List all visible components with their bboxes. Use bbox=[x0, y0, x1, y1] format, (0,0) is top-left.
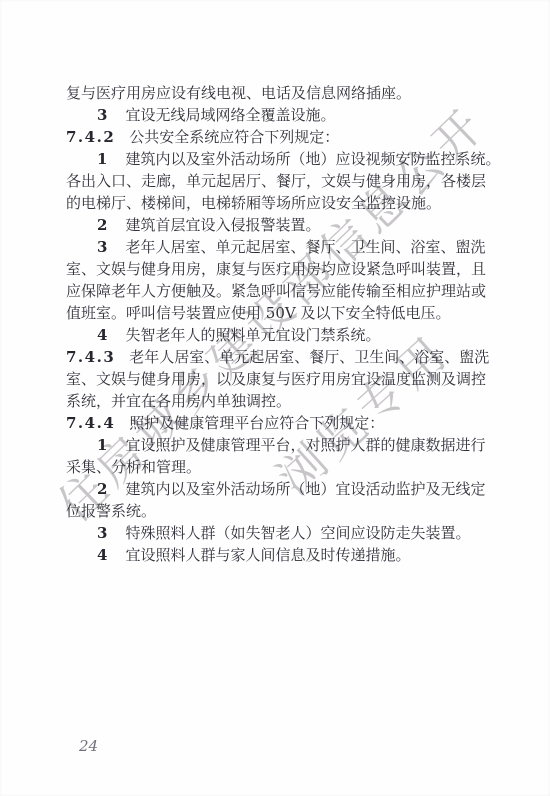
line-text: 室、文娱与健身用房，康复与医疗用房均应设紧急呼叫装置，且 bbox=[66, 260, 486, 278]
text-line: 复与医疗用房应设有线电视、电话及信息网络插座。 bbox=[66, 82, 496, 104]
line-text: 复与医疗用房应设有线电视、电话及信息网络插座。 bbox=[66, 84, 411, 102]
line-text: 的电梯厅、楼梯间，电梯轿厢等场所应设安全监控设施。 bbox=[66, 194, 441, 212]
item-line: 1宜设照护及健康管理平台，对照护人群的健康数据进行 bbox=[66, 434, 496, 456]
item-line: 4失智老年人的照料单元宜设门禁系统。 bbox=[66, 324, 496, 346]
text-line: 室、文娱与健身用房，康复与医疗用房均应设紧急呼叫装置，且 bbox=[66, 258, 496, 280]
item-line: 2建筑内以及室外活动场所（地）宜设活动监护及无线定 bbox=[66, 478, 496, 500]
clause-line: 7.4.2公共安全系统应符合下列规定： bbox=[66, 126, 496, 148]
document-page: 住房城乡建设部信息公开 浏览专用 复与医疗用房应设有线电视、电话及信息网络插座。… bbox=[0, 0, 550, 796]
clause-line: 7.4.3老年人居室、单元起居室、餐厅、卫生间、浴室、盥洗 bbox=[66, 346, 496, 368]
item-number: 4 bbox=[97, 324, 107, 346]
line-text: 应保障老年人方便触及。紧急呼叫信号应能传输至相应护理站或 bbox=[66, 282, 486, 300]
item-number: 3 bbox=[97, 236, 107, 258]
clause-number: 7.4.3 bbox=[66, 348, 115, 366]
line-text: 老年人居室、单元起居室、餐厅、卫生间、浴室、盥洗 bbox=[125, 238, 485, 256]
line-text: 照护及健康管理平台应符合下列规定： bbox=[129, 414, 384, 432]
text-line: 系统，并宜在各用房内单独调控。 bbox=[66, 390, 496, 412]
item-line: 3老年人居室、单元起居室、餐厅、卫生间、浴室、盥洗 bbox=[66, 236, 496, 258]
item-number: 3 bbox=[97, 104, 107, 126]
item-number: 3 bbox=[97, 522, 107, 544]
line-text: 系统，并宜在各用房内单独调控。 bbox=[66, 392, 291, 410]
line-text: 建筑内以及室外活动场所（地）应设视频安防监控系统。 bbox=[125, 150, 500, 168]
line-text: 建筑首层宜设入侵报警装置。 bbox=[125, 216, 320, 234]
line-text: 老年人居室、单元起居室、餐厅、卫生间、浴室、盥洗 bbox=[129, 348, 489, 366]
line-text: 宜设照料人群与家人间信息及时传递措施。 bbox=[125, 546, 410, 564]
text-line: 采集、分析和管理。 bbox=[66, 456, 496, 478]
text-line: 值班室。呼叫信号装置应使用 50V 及以下安全特低电压。 bbox=[66, 302, 496, 324]
item-number: 2 bbox=[97, 214, 107, 236]
body-text: 复与医疗用房应设有线电视、电话及信息网络插座。3宜设无线局域网络全覆盖设施。7.… bbox=[66, 82, 496, 566]
line-text: 宜设无线局域网络全覆盖设施。 bbox=[125, 106, 335, 124]
clause-line: 7.4.4照护及健康管理平台应符合下列规定： bbox=[66, 412, 496, 434]
item-number: 1 bbox=[97, 434, 107, 456]
item-number: 4 bbox=[97, 544, 107, 566]
line-text: 值班室。呼叫信号装置应使用 50V 及以下安全特低电压。 bbox=[66, 304, 450, 322]
item-line: 1建筑内以及室外活动场所（地）应设视频安防监控系统。 bbox=[66, 148, 496, 170]
line-text: 采集、分析和管理。 bbox=[66, 458, 201, 476]
text-line: 位报警系统。 bbox=[66, 500, 496, 522]
text-line: 应保障老年人方便触及。紧急呼叫信号应能传输至相应护理站或 bbox=[66, 280, 496, 302]
clause-number: 7.4.4 bbox=[66, 414, 115, 432]
clause-number: 7.4.2 bbox=[66, 128, 115, 146]
line-text: 位报警系统。 bbox=[66, 502, 156, 520]
item-line: 2建筑首层宜设入侵报警装置。 bbox=[66, 214, 496, 236]
line-text: 公共安全系统应符合下列规定： bbox=[129, 128, 339, 146]
line-text: 建筑内以及室外活动场所（地）宜设活动监护及无线定 bbox=[125, 480, 485, 498]
line-text: 特殊照料人群（如失智老人）空间应设防走失装置。 bbox=[125, 524, 470, 542]
text-line: 各出入口、走廊，单元起居厅、餐厅，文娱与健身用房，各楼层 bbox=[66, 170, 496, 192]
item-line: 4宜设照料人群与家人间信息及时传递措施。 bbox=[66, 544, 496, 566]
line-text: 各出入口、走廊，单元起居厅、餐厅，文娱与健身用房，各楼层 bbox=[66, 172, 486, 190]
line-text: 室、文娱与健身用房，以及康复与医疗用房宜设温度监测及调控 bbox=[66, 370, 486, 388]
item-number: 2 bbox=[97, 478, 107, 500]
text-line: 室、文娱与健身用房，以及康复与医疗用房宜设温度监测及调控 bbox=[66, 368, 496, 390]
page-number: 24 bbox=[79, 737, 98, 755]
item-number: 1 bbox=[97, 148, 107, 170]
item-line: 3特殊照料人群（如失智老人）空间应设防走失装置。 bbox=[66, 522, 496, 544]
line-text: 失智老年人的照料单元宜设门禁系统。 bbox=[125, 326, 380, 344]
line-text: 宜设照护及健康管理平台，对照护人群的健康数据进行 bbox=[125, 436, 485, 454]
text-line: 的电梯厅、楼梯间，电梯轿厢等场所应设安全监控设施。 bbox=[66, 192, 496, 214]
item-line: 3宜设无线局域网络全覆盖设施。 bbox=[66, 104, 496, 126]
